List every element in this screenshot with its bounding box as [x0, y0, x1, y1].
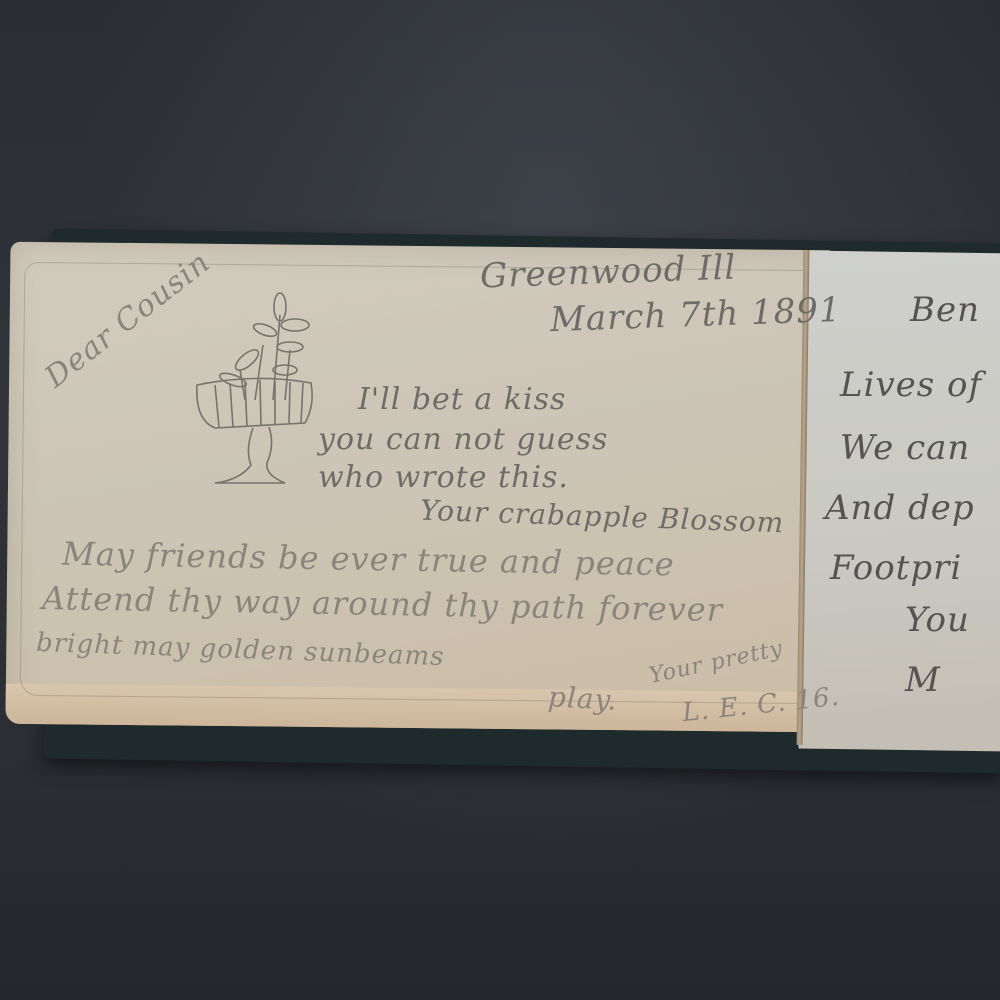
right-page-line: Lives of [840, 365, 982, 405]
flower-vase-sketch-icon [185, 285, 325, 490]
verse-line: you can not guess [318, 422, 608, 457]
verse-line: I'll bet a kiss [358, 382, 566, 417]
right-page-line: M [905, 660, 941, 700]
verse-line: who wrote this. [318, 460, 569, 495]
right-page-line: Footpri [830, 548, 962, 588]
right-page-line: Ben [910, 290, 980, 330]
poem-end-word: play. [547, 680, 618, 717]
right-page-line: You [905, 600, 970, 640]
right-page-line: We can [840, 428, 970, 468]
right-page-line: And dep [825, 488, 975, 528]
